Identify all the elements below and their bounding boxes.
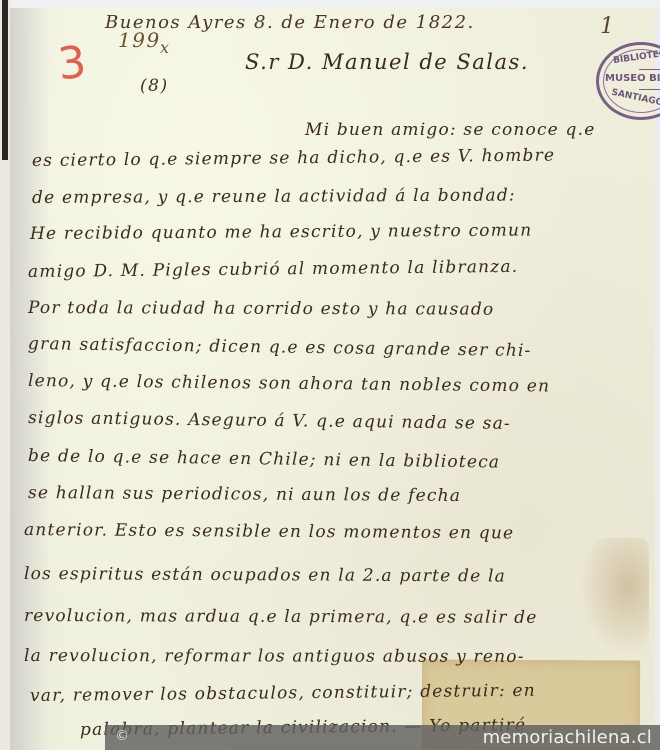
- letter-line: de empresa, y q.e reune la actividad á l…: [32, 185, 516, 208]
- letter-line: leno, y q.e los chilenos son ahora tan n…: [28, 371, 550, 396]
- scan-top-margin: [0, 0, 660, 8]
- letter-line: la revolucion, reformar los antiguos abu…: [24, 646, 525, 667]
- letter-line: se hallan sus periodicos, ni aun los de …: [28, 483, 461, 506]
- letter-line: es cierto lo q.e siempre se ha dicho, q.…: [32, 146, 555, 171]
- letter-line: los espiritus están ocupados en la 2.a p…: [24, 564, 506, 587]
- archive-number: 199: [118, 28, 161, 52]
- letter-line: gran satisfaccion; dicen q.e es cosa gra…: [28, 334, 532, 361]
- stamp-text-middle: MUSEO BIBL: [605, 73, 660, 84]
- letter-line: Mi buen amigo: se conoce q.e: [305, 120, 596, 140]
- stamp-rule: [639, 69, 660, 70]
- salutation-recipient: S.r D. Manuel de Salas.: [245, 50, 529, 74]
- copyright-icon: ©: [115, 728, 129, 744]
- folio-number: 1: [600, 14, 616, 39]
- manuscript-page: Buenos Ayres 8. de Enero de 1822. 1 3 19…: [10, 8, 655, 750]
- binding-dark-strip: [2, 0, 8, 160]
- letter-line: siglos antiguos. Aseguro á V. q.e aqui n…: [28, 408, 511, 434]
- site-watermark: memoriachilena.cl: [483, 727, 652, 748]
- letter-line: revolucion, mas ardua q.e la primera, q.…: [24, 606, 538, 628]
- watermark-bar: © memoriachilena.cl: [105, 725, 660, 750]
- paper-stain: [579, 538, 649, 658]
- archive-mark: x: [160, 38, 171, 57]
- letter-line: He recibido quanto me ha escrito, y nues…: [30, 220, 532, 244]
- red-pencil-number: 3: [55, 37, 88, 91]
- stamp-rule: [639, 89, 660, 90]
- sequence-number: (8): [140, 76, 169, 96]
- letter-line: amigo D. M. Pigles cubrió al momento la …: [28, 257, 519, 282]
- letter-line: be de lo q.e se hace en Chile; ni en la …: [28, 446, 500, 473]
- letter-line: Por toda la ciudad ha corrido esto y ha …: [28, 298, 494, 320]
- letter-line: anterior. Esto es sensible en los moment…: [24, 520, 514, 543]
